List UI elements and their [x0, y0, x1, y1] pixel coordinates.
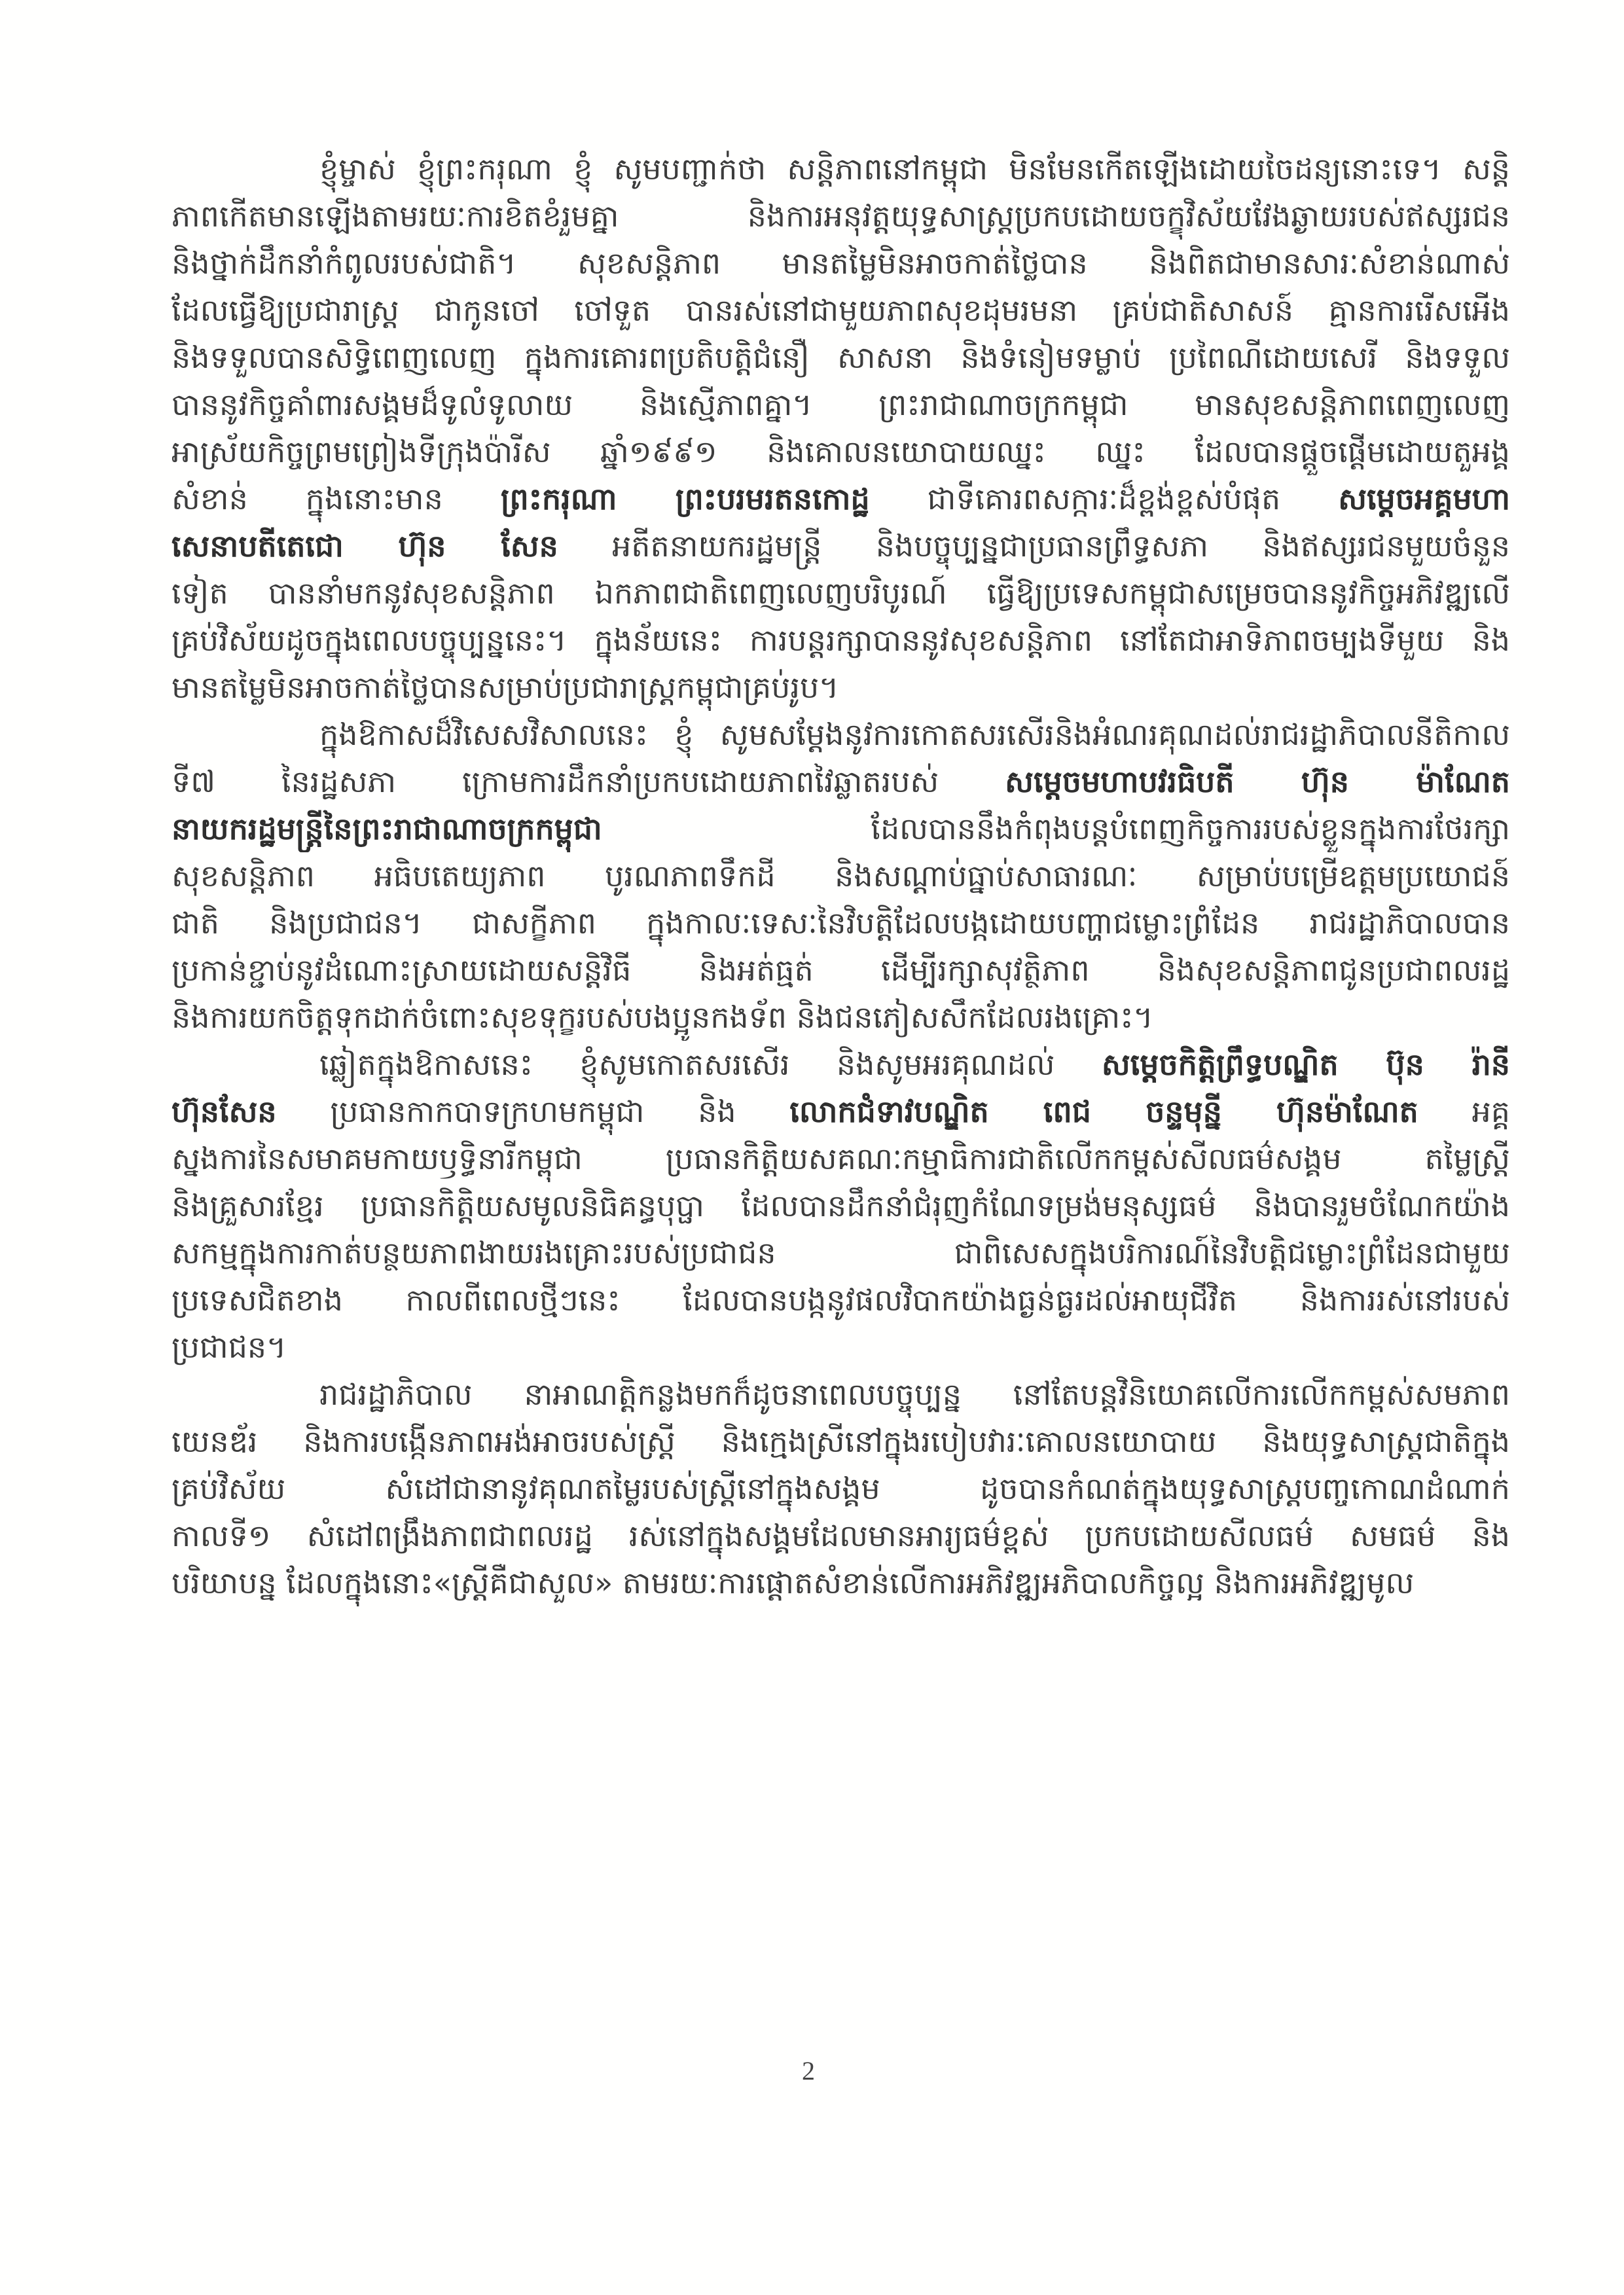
text-line: គ្រប់វិស័យដូចក្នុងពេលបច្ចុប្បន្ននេះ។ ក្ន…	[171, 617, 1510, 664]
text-line: សុខសន្តិភាព អធិបតេយ្យភាព បូរណភាពទឹកដី និ…	[171, 852, 1510, 899]
text-span: យេនឌ័រ និងការបង្កើនភាពអង់អាចរបស់ស្ត្រី ន…	[171, 1424, 1510, 1459]
text-span: អាស្រ័យកិច្ចព្រមព្រៀងទីក្រុងប៉ារីស ឆ្នាំ…	[171, 434, 1510, 469]
text-span: ទៀត បាននាំមកនូវសុខសន្តិភាព ឯកភាពជាតិពេញល…	[171, 575, 1510, 611]
text-line: ប្រកាន់ខ្ជាប់នូវដំណោះស្រាយដោយសន្តិវិធី ន…	[171, 947, 1510, 994]
text-span: ជាទីគោរពសក្ការៈដ៏ខ្ពង់ខ្ពស់បំផុត	[870, 481, 1339, 516]
text-line: និងទទួលបានសិទ្ធិពេញលេញ ក្នុងការគោរពប្រតិ…	[171, 334, 1510, 381]
text-line: ប្រទេសជិតខាង កាលពីពេលថ្មីៗនេះ ដែលបានបង្ក…	[171, 1276, 1510, 1324]
paragraph: ខ្ញុំម្ចាស់ ខ្ញុំព្រះករុណា ខ្ញុំ សូមបញ្ជ…	[171, 145, 1510, 711]
text-line: ជាតិ និងប្រជាជន។ ជាសក្ខីភាព ក្នុងកាលៈទេស…	[171, 899, 1510, 947]
bold-name-span: សម្តេចអគ្គមហា	[1338, 481, 1510, 516]
text-span: ខ្ញុំម្ចាស់ ខ្ញុំព្រះករុណា ខ្ញុំ សូមបញ្ជ…	[319, 151, 1510, 187]
text-line: សេនាបតីតេជោ ហ៊ុន សែន អតីតនាយករដ្ឋមន្ត្រី…	[171, 522, 1510, 569]
text-span: ដែលធ្វើឱ្យប្រជារាស្ត្រ ជាកូនចៅ ចៅទួត បាន…	[171, 293, 1510, 328]
text-line: យេនឌ័រ និងការបង្កើនភាពអង់អាចរបស់ស្ត្រី ន…	[171, 1418, 1510, 1465]
paragraph: ក្នុងឱកាសដ៏វិសេសវិសាលនេះ ខ្ញុំ សូមសម្តែង…	[171, 711, 1510, 1041]
text-span: និងគ្រួសារខ្មែរ ប្រធានកិត្តិយសមូលនិធិគន្…	[171, 1188, 1510, 1223]
bold-name-span: សម្តេចមហាបវរធិបតី ហ៊ុន ម៉ាណែត	[1005, 764, 1510, 799]
text-span: ប្រកាន់ខ្ជាប់នូវដំណោះស្រាយដោយសន្តិវិធី ន…	[171, 952, 1510, 988]
text-span: និងទទួលបានសិទ្ធិពេញលេញ ក្នុងការគោរពប្រតិ…	[171, 340, 1510, 375]
text-span: រាជរដ្ឋាភិបាល នាអាណត្តិកន្លងមកក៏ដូចនាពេល…	[319, 1377, 1510, 1412]
text-span: ប្រធានកាកបាទក្រហមកម្ពុជា និង	[277, 1094, 790, 1129]
text-span: សុខសន្តិភាព អធិបតេយ្យភាព បូរណភាពទឹកដី និ…	[171, 858, 1510, 894]
text-line: និងថ្នាក់ដឹកនាំកំពូលរបស់ជាតិ។ សុខសន្តិភា…	[171, 240, 1510, 287]
bold-name-span: សម្តេចកិត្តិព្រឹទ្ធបណ្ឌិត ប៊ុន រ៉ានី	[1102, 1047, 1510, 1082]
text-span: ឆ្លៀតក្នុងឱកាសនេះ ខ្ញុំសូមកោតសរសើរ និងសូ…	[319, 1047, 1102, 1082]
text-line: ទៀត បាននាំមកនូវសុខសន្តិភាព ឯកភាពជាតិពេញល…	[171, 569, 1510, 617]
text-span: សំខាន់ ក្នុងនោះមាន	[171, 481, 501, 516]
text-line: មានតម្លៃមិនអាចកាត់ថ្លៃបានសម្រាប់ប្រជារាស…	[171, 664, 1510, 711]
text-line: ទី៧ នៃរដ្ឋសភា ក្រោមការដឹកនាំប្រកបដោយភាពវ…	[171, 758, 1510, 805]
text-line: គ្រប់វិស័យ សំដៅជានានូវគុណតម្លៃរបស់ស្ត្រី…	[171, 1465, 1510, 1512]
text-span: កាលទី១ សំដៅពង្រឹងភាពជាពលរដ្ឋ រស់នៅក្នុងស…	[171, 1518, 1510, 1553]
bold-name-span: ព្រះករុណា ព្រះបរមរតនកោដ្ឋ	[501, 481, 870, 516]
bold-name-span: សេនាបតីតេជោ ហ៊ុន សែន	[171, 528, 558, 564]
text-line: សកម្មក្នុងការកាត់បន្ថយភាពងាយរងគ្រោះរបស់ប…	[171, 1229, 1510, 1276]
text-span: ប្រជាជន។	[171, 1329, 286, 1365]
text-span: អគ្គ	[1418, 1094, 1510, 1129]
text-span: ប្រទេសជិតខាង កាលពីពេលថ្មីៗនេះ ដែលបានបង្ក…	[171, 1282, 1510, 1318]
text-span: បាននូវកិច្ចគាំពារសង្គមដ៏ទូលំទូលាយ និងស្ម…	[171, 387, 1510, 422]
bold-name-span: លោកជំទាវបណ្ឌិត ពេជ ចន្ទមុន្នី ហ៊ុនម៉ាណែត	[789, 1094, 1418, 1129]
text-span: អតីតនាយករដ្ឋមន្ត្រី និងបច្ចុប្បន្នជាប្រធ…	[558, 528, 1510, 564]
page-number: 2	[802, 2055, 815, 2086]
text-line: នាយករដ្ឋមន្ត្រីនៃព្រះរាជាណាចក្រកម្ពុជា ដ…	[171, 805, 1510, 852]
text-line: ប្រជាជន។	[171, 1324, 1510, 1371]
text-line: ដែលធ្វើឱ្យប្រជារាស្ត្រ ជាកូនចៅ ចៅទួត បាន…	[171, 287, 1510, 334]
bold-name-span: នាយករដ្ឋមន្ត្រីនៃព្រះរាជាណាចក្រកម្ពុជា	[171, 811, 602, 846]
text-span: គ្រប់វិស័យ សំដៅជានានូវគុណតម្លៃរបស់ស្ត្រី…	[171, 1471, 1510, 1506]
text-span: មានតម្លៃមិនអាចកាត់ថ្លៃបានសម្រាប់ប្រជារាស…	[171, 670, 839, 705]
text-line: អាស្រ័យកិច្ចព្រមព្រៀងទីក្រុងប៉ារីស ឆ្នាំ…	[171, 428, 1510, 475]
paragraph: រាជរដ្ឋាភិបាល នាអាណត្តិកន្លងមកក៏ដូចនាពេល…	[171, 1371, 1510, 1606]
text-line: ស្នងការនៃសមាគមកាយឫទ្ធិនារីកម្ពុជា ប្រធាន…	[171, 1135, 1510, 1182]
text-span: គ្រប់វិស័យដូចក្នុងពេលបច្ចុប្បន្ននេះ។ ក្ន…	[171, 623, 1510, 658]
text-span: ទី៧ នៃរដ្ឋសភា ក្រោមការដឹកនាំប្រកបដោយភាពវ…	[171, 764, 1005, 799]
text-line: រាជរដ្ឋាភិបាល នាអាណត្តិកន្លងមកក៏ដូចនាពេល…	[171, 1371, 1510, 1418]
text-span: និងការយកចិត្តទុកដាក់ចំពោះសុខទុក្ខរបស់បងប…	[171, 1000, 1153, 1035]
text-span: ភាពកើតមានឡើងតាមរយៈការខិតខំរួមគ្នា និងការ…	[171, 198, 1510, 234]
text-line: បាននូវកិច្ចគាំពារសង្គមដ៏ទូលំទូលាយ និងស្ម…	[171, 381, 1510, 428]
text-span: ដែលបាននឹងកំពុងបន្តបំពេញកិច្ចការរបស់ខ្លួន…	[602, 811, 1510, 846]
text-line: សំខាន់ ក្នុងនោះមាន ព្រះករុណា ព្រះបរមរតនក…	[171, 475, 1510, 522]
text-line: ឆ្លៀតក្នុងឱកាសនេះ ខ្ញុំសូមកោតសរសើរ និងសូ…	[171, 1041, 1510, 1088]
text-span: ជាតិ និងប្រជាជន។ ជាសក្ខីភាព ក្នុងកាលៈទេស…	[171, 905, 1510, 941]
text-line: ខ្ញុំម្ចាស់ ខ្ញុំព្រះករុណា ខ្ញុំ សូមបញ្ជ…	[171, 145, 1510, 192]
text-span: ក្នុងឱកាសដ៏វិសេសវិសាលនេះ ខ្ញុំ សូមសម្តែង…	[319, 717, 1510, 752]
text-span: ស្នងការនៃសមាគមកាយឫទ្ធិនារីកម្ពុជា ប្រធាន…	[171, 1141, 1510, 1176]
text-line: និងការយកចិត្តទុកដាក់ចំពោះសុខទុក្ខរបស់បងប…	[171, 994, 1510, 1041]
paragraph: ឆ្លៀតក្នុងឱកាសនេះ ខ្ញុំសូមកោតសរសើរ និងសូ…	[171, 1041, 1510, 1371]
text-line: កាលទី១ សំដៅពង្រឹងភាពជាពលរដ្ឋ រស់នៅក្នុងស…	[171, 1512, 1510, 1559]
document-page: ខ្ញុំម្ចាស់ ខ្ញុំព្រះករុណា ខ្ញុំ សូមបញ្ជ…	[0, 0, 1624, 2295]
text-span: និងថ្នាក់ដឹកនាំកំពូលរបស់ជាតិ។ សុខសន្តិភា…	[171, 245, 1510, 281]
text-line: ក្នុងឱកាសដ៏វិសេសវិសាលនេះ ខ្ញុំ សូមសម្តែង…	[171, 711, 1510, 758]
text-line: ភាពកើតមានឡើងតាមរយៈការខិតខំរួមគ្នា និងការ…	[171, 192, 1510, 240]
text-line: បរិយាបន្ន ដែលក្នុងនោះ«ស្ត្រីគឺជាសួល» តាម…	[171, 1559, 1510, 1606]
text-line: និងគ្រួសារខ្មែរ ប្រធានកិត្តិយសមូលនិធិគន្…	[171, 1182, 1510, 1229]
text-span: បរិយាបន្ន ដែលក្នុងនោះ«ស្ត្រីគឺជាសួល» តាម…	[171, 1565, 1414, 1600]
body-text: ខ្ញុំម្ចាស់ ខ្ញុំព្រះករុណា ខ្ញុំ សូមបញ្ជ…	[171, 145, 1510, 1606]
text-line: ហ៊ុនសែន ប្រធានកាកបាទក្រហមកម្ពុជា និង លោក…	[171, 1088, 1510, 1135]
bold-name-span: ហ៊ុនសែន	[171, 1094, 277, 1129]
text-span: សកម្មក្នុងការកាត់បន្ថយភាពងាយរងគ្រោះរបស់ប…	[171, 1235, 1510, 1271]
